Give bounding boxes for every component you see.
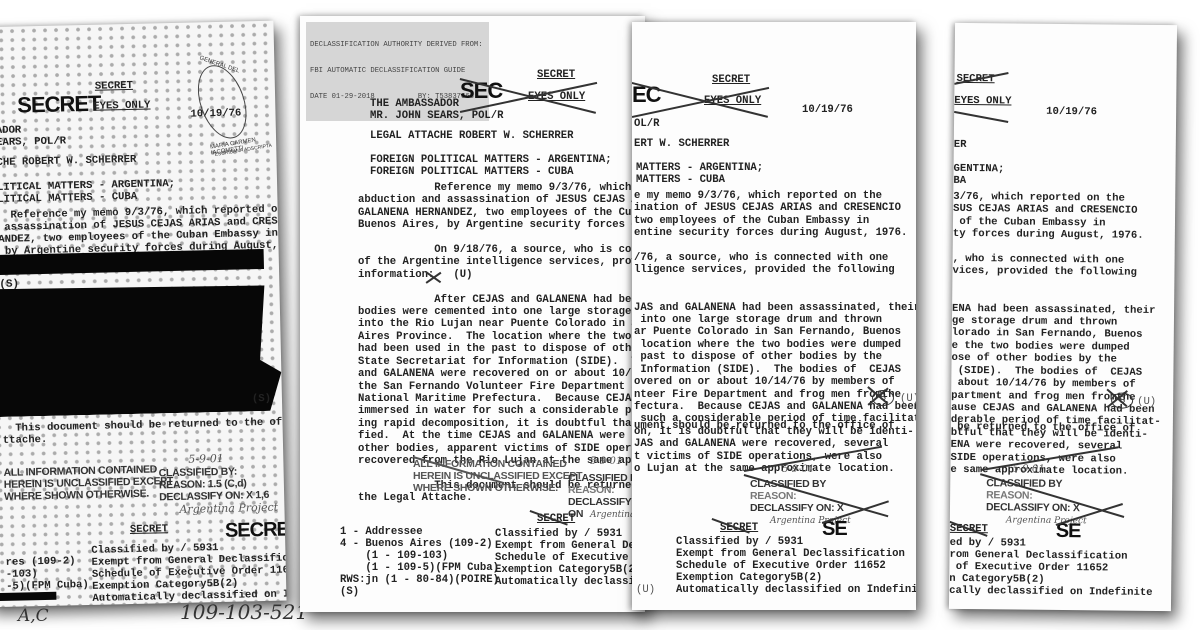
- body-line: the San Fernando Volunteer Fire Departme…: [358, 381, 645, 393]
- handwritten-initials: A,C: [18, 606, 49, 626]
- declass-box-line: FBI AUTOMATIC DECLASSIFICATION GUIDE: [310, 67, 483, 76]
- classification-eyes-only: EYES ONLY: [954, 95, 1011, 108]
- redaction-bar: [0, 592, 56, 602]
- body-line: had been used in the past to dispose of …: [358, 343, 645, 355]
- unclassified-mark: (U): [900, 393, 916, 405]
- memo-date: 10/19/76: [802, 104, 853, 116]
- body-line: [634, 277, 916, 289]
- classification-eyes-only: EYES ONLY: [93, 99, 150, 113]
- body-line: Reference my memo 9/3/76, which report: [358, 182, 645, 194]
- distribution-line: (1 - 109-5)(FPM Cuba): [340, 562, 499, 574]
- to-line-1: THE AMBASSADOR: [370, 98, 459, 110]
- classified-block-line: Classified by / 5931: [495, 528, 622, 540]
- closing-line: This document should be returned to the …: [2, 416, 286, 436]
- body-line: On 9/18/76, a source, who is connected: [358, 244, 645, 256]
- classification-secret: SECRET: [537, 69, 575, 81]
- body-line: /76, a source, who is connected with one: [634, 252, 916, 264]
- subject-line-1: MATTERS - ARGENTINA;: [636, 162, 763, 174]
- body-line: e same approximate location.: [950, 464, 1160, 479]
- closing-line: ttache.: [3, 434, 48, 447]
- declass-project: Argentina Project: [179, 501, 278, 516]
- redaction-classification-mark: (S): [252, 393, 271, 406]
- classification-secret: SECRET: [95, 80, 133, 93]
- declassify-on: DECLASSIFY ON: X: [750, 502, 844, 514]
- body-line: bodies were cemented into one large stor…: [358, 306, 645, 318]
- body-line: immersed in water for such a considerabl…: [358, 405, 645, 417]
- body-line: JAS and GALANENA had been assassinated, …: [634, 302, 916, 314]
- body-line: National Maritime Prefectura. Because CE…: [358, 393, 645, 405]
- classified-block-line: Exempt from General Declas: [495, 540, 645, 552]
- body-line: Aires Province. The location where the t…: [358, 331, 645, 343]
- from-line: CHE ROBERT W. SCHERRER: [0, 154, 137, 170]
- subject-line-1: GENTINA;: [953, 163, 1004, 176]
- distribution-line: RWS:jn (1 - 80-84)(POIRE): [340, 574, 499, 586]
- body-line: ty forces during August, 1976.: [953, 228, 1163, 243]
- declass-handwritten-date: 5-9-01: [590, 456, 622, 467]
- body-line: and GALANENA were recovered on or about …: [358, 368, 645, 380]
- to-line-2: EARS, POL/R: [0, 135, 66, 149]
- declass-project: Argentina: [590, 510, 635, 520]
- closing-line: ument should be returned to the office o…: [634, 420, 895, 432]
- file-number: 109-103-521: [180, 600, 308, 624]
- body-line: [358, 281, 645, 293]
- body-line: After CEJAS and GALANENA had been assas: [358, 294, 645, 306]
- body-line: Information (SIDE). The bodies of CEJAS: [634, 364, 916, 376]
- body-line: GALANENA HERNANDEZ, two employees of the…: [358, 207, 645, 219]
- classified-block-line: Classified by / 5931: [676, 536, 803, 548]
- classified-block-line: Schedule of Executive Order: [495, 552, 645, 564]
- classification-secret: SECRET: [712, 74, 750, 86]
- body-line: into one large storage drum and thrown: [634, 314, 916, 326]
- unclassified-mark: (U): [636, 584, 655, 596]
- body-line: of the Argentine intelligence services, …: [358, 256, 645, 268]
- body-line: e my memo 9/3/76, which reported on the: [634, 190, 916, 202]
- subject-line-2: MATTERS - CUBA: [636, 174, 725, 186]
- body-line: two employees of the Cuban Embassy in: [634, 215, 916, 227]
- distribution-line: res (109-2): [5, 555, 75, 569]
- distribution-line: 1 - Addressee: [340, 526, 423, 538]
- body-line: JAS and GALANENA were recovered, several: [634, 438, 916, 450]
- body-line: ar Puente Colorado in San Fernando, Buen…: [634, 326, 916, 338]
- memo-body: 3/76, which reported on the SUS CEJAS AR…: [950, 191, 1163, 479]
- declass-handwritten-date: 5-9-01: [782, 464, 814, 475]
- strike-line: [954, 111, 1008, 123]
- classified-block-line: Exemption Category5B(2): [495, 564, 641, 576]
- body-line: fied. At the time CEJAS and GALANENA wer…: [358, 430, 645, 442]
- body-line: ination of JESUS CEJAS ARIAS and CRESENC…: [634, 202, 916, 214]
- subject-line-2: BA: [953, 175, 966, 188]
- distribution-line: (1 - 109-103): [340, 550, 448, 562]
- to-line-1: ADOR: [0, 124, 21, 137]
- body-line: abduction and assassination of JESUS CEJ…: [358, 194, 645, 206]
- body-line: Buenos Aires, by Argentine security forc…: [358, 219, 645, 231]
- body-line: vices, provided the following: [952, 265, 1162, 280]
- body-line: [634, 240, 916, 252]
- body-line: other bodies, apparent victims of SIDE o…: [358, 443, 645, 455]
- memo-date: 10/19/76: [1046, 106, 1097, 119]
- body-line: lligence services, provided the followin…: [634, 264, 916, 276]
- classified-block-line: Exempt from General Declassification: [676, 548, 905, 560]
- declass-handwritten-date: 5-9-01: [188, 452, 224, 466]
- body-line: location where the two bodies were dumpe…: [634, 339, 916, 351]
- declass-reason: REASON:: [750, 490, 796, 502]
- declass-reason: REASON:: [986, 489, 1032, 501]
- classified-block-line: Automatically declassified: [495, 576, 645, 588]
- body-line: entine security forces during August, 19…: [634, 227, 916, 239]
- body-line: [634, 289, 916, 301]
- declass-reason: REASON:: [568, 484, 614, 496]
- memo-body: e my memo 9/3/76, which reported on the …: [634, 190, 916, 475]
- declass-box-line: DECLASSIFICATION AUTHORITY DERIVED FROM:: [310, 41, 483, 50]
- document-page-declassified-2: EC SECRET EYES ONLY 10/19/76 OL/R ERT W.…: [632, 22, 916, 610]
- from-line: ERT W. SCHERRER: [634, 138, 729, 150]
- declass-handwritten-date: 5-9-01: [1012, 463, 1044, 474]
- body-line: overed on or about 10/14/76 by members o…: [634, 376, 916, 388]
- closing-line: be returned to the office of: [951, 421, 1135, 435]
- declassify-on: DECLASSIFY ON: X: [986, 501, 1080, 514]
- footer-secret-stamp: SECRET: [225, 518, 287, 543]
- redaction-block: [0, 283, 282, 418]
- classified-block-line: Exemption Category5B(2): [676, 572, 822, 584]
- body-line: State Secretariat for Information (SIDE)…: [358, 356, 645, 368]
- to-line-2: MR. JOHN SEARS, POL/R: [370, 110, 504, 122]
- distribution-line: 4 - Buenos Aires (109-2): [340, 538, 493, 550]
- body-line: information: (U): [358, 269, 645, 281]
- subject-line-2: FOREIGN POLITICAL MATTERS - CUBA: [370, 166, 573, 178]
- document-page-declassified-1: DECLASSIFICATION AUTHORITY DERIVED FROM:…: [300, 16, 645, 612]
- secret-stamp-crossed: SEC: [460, 78, 502, 104]
- document-page-declassified-3: SECRET EYES ONLY 10/19/76 ER GENTINA; BA…: [949, 23, 1177, 611]
- secret-stamp: SECRET: [17, 91, 101, 119]
- document-page-original-scan: SECRET SECRET EYES ONLY 10/19/76 GENERAL…: [0, 21, 287, 608]
- notary-seal-icon: [189, 59, 256, 145]
- classified-block-line: Automatically declassified on Indefinite: [676, 584, 916, 596]
- from-line: ER: [954, 139, 967, 152]
- unclassified-mark: (U): [1137, 396, 1156, 409]
- classified-block-line: Schedule of Executive Order 11652: [676, 560, 886, 572]
- body-line: into the Rio Lujan near Puente Colorado …: [358, 318, 645, 330]
- body-line: [358, 232, 645, 244]
- from-line: LEGAL ATTACHE ROBERT W. SCHERRER: [370, 130, 573, 142]
- subject-line-1: FOREIGN POLITICAL MATTERS - ARGENTINA;: [370, 154, 612, 166]
- body-line: past to dispose of other bodies by the: [634, 351, 916, 363]
- footer-secret-label: SECRET: [130, 523, 168, 536]
- classified-block-line: cally declassified on Indefinite: [949, 585, 1153, 600]
- unclassified-stamp-line: WHERE SHOWN OTHERWISE.: [4, 488, 149, 503]
- unclassified-stamp-line: WHERE SHOWN OTHERWISE.: [413, 482, 558, 494]
- subject-line-2: LITICAL MATTERS - CUBA: [0, 191, 137, 207]
- body-line: ing rapid decomposition, it is doubtful …: [358, 418, 645, 430]
- distribution-line: (S): [340, 586, 359, 598]
- body-line: t victims of SIDE operations, were also: [634, 451, 916, 463]
- to-line-2: OL/R: [634, 118, 659, 130]
